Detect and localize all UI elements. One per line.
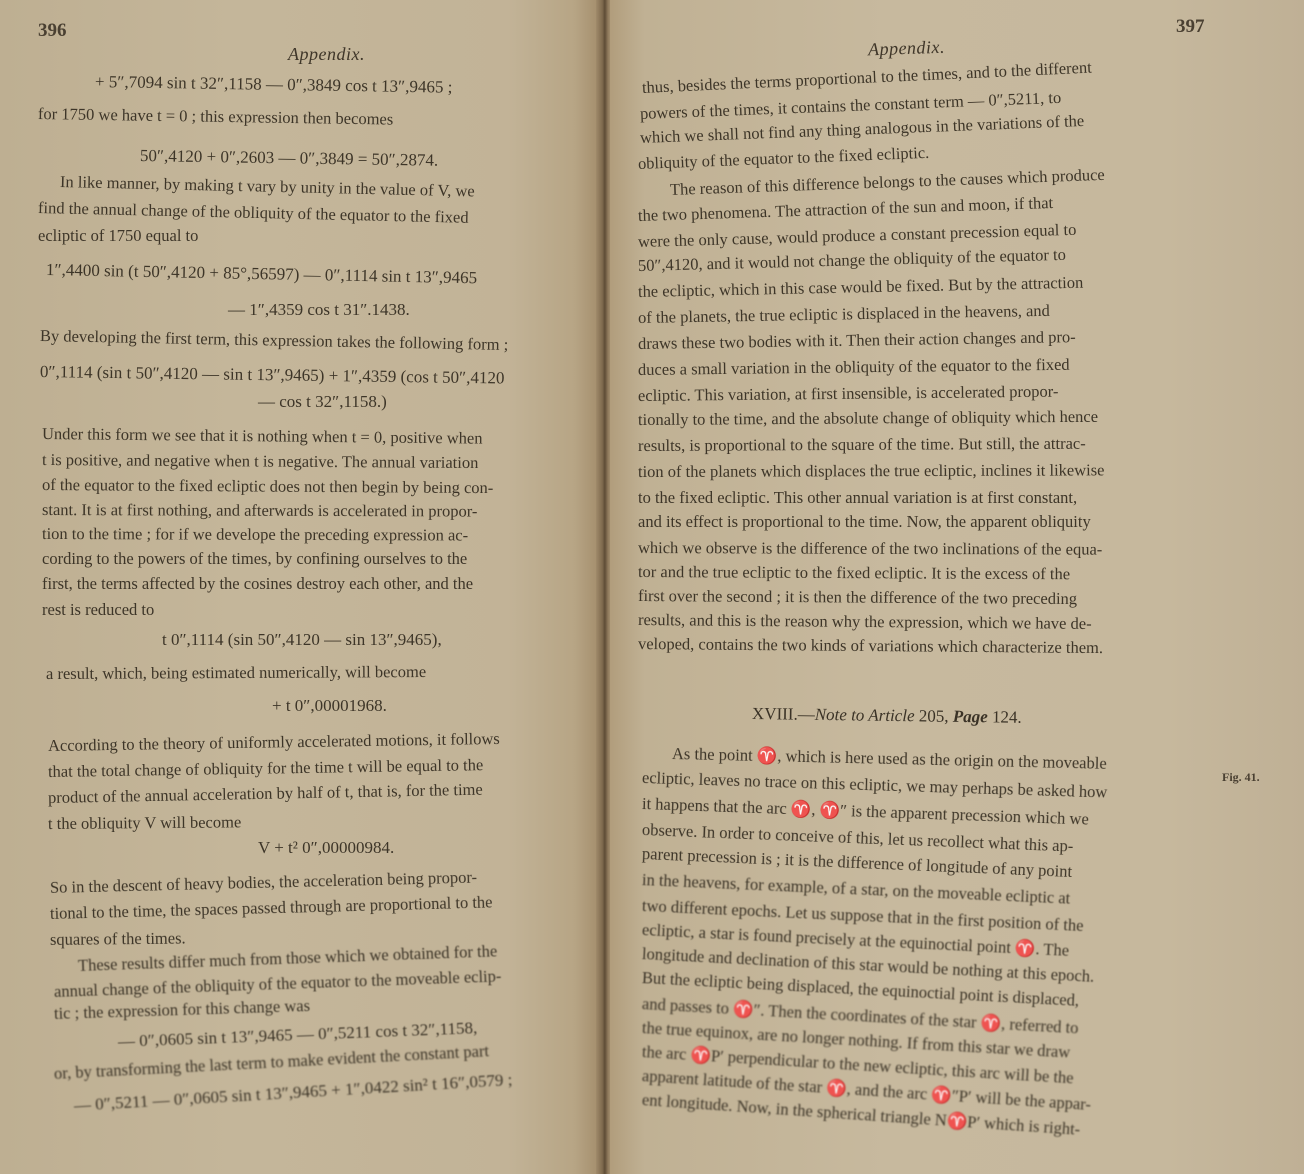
equation-line: + t 0″,00001968.	[272, 696, 387, 716]
text-line: find the annual change of the obliquity …	[38, 198, 469, 228]
text-line: stant. It is at first nothing, and after…	[42, 500, 477, 522]
text-line: results, is proportional to the square o…	[638, 434, 1086, 456]
running-head-right: Appendix.	[868, 37, 946, 61]
text-line: of the planets, the true ecliptic is dis…	[638, 301, 1050, 328]
text-line: which we observe is the difference of th…	[638, 538, 1102, 560]
text-line: cording to the powers of the times, by c…	[42, 549, 467, 569]
text-line: squares of the times.	[50, 929, 186, 950]
text-line: t the obliquity V will become	[48, 812, 241, 834]
equation-line: 1″,4400 sin (t 50″,4120 + 85°,56597) — 0…	[46, 260, 477, 288]
text-line: tional to the time, the spaces passed th…	[50, 892, 493, 924]
text-line: for 1750 we have t = 0 ; this expression…	[38, 104, 394, 130]
section-page-label: Page	[953, 707, 988, 726]
section-note-label: Note to Article	[815, 705, 919, 725]
text-line: rest is reduced to	[42, 600, 154, 620]
text-line: first, the terms affected by the cosines…	[42, 574, 473, 594]
text-line: In like manner, by making t vary by unit…	[60, 172, 475, 201]
text-line: tion to the time ; for if we develope th…	[42, 524, 468, 545]
text-line: the ecliptic, which in this case would b…	[638, 273, 1084, 302]
text-line: tion of the planets which displaces the …	[638, 460, 1105, 482]
text-line: first over the second ; it is then the d…	[638, 586, 1077, 609]
text-line: tionally to the time, and the absolute c…	[638, 407, 1098, 430]
text-line: a result, which, being estimated numeric…	[46, 662, 426, 684]
equation-line: — 1″,4359 cos t 31″.1438.	[228, 300, 410, 320]
equation-line: — cos t 32″,1158.)	[258, 392, 387, 412]
section-heading: XVIII.—Note to Article 205, Page 124.	[752, 704, 1022, 728]
text-line: Under this form we see that it is nothin…	[42, 424, 483, 449]
text-line: According to the theory of uniformly acc…	[48, 729, 500, 756]
text-line: ecliptic of 1750 equal to	[38, 226, 198, 246]
equation-line: + 5″,7094 sin t 32″,1158 — 0″,3849 cos t…	[95, 72, 453, 98]
text-line: tor and the true ecliptic to the fixed e…	[638, 562, 1070, 584]
text-line: and its effect is proportional to the ti…	[638, 512, 1091, 532]
equation-line: V + t² 0″,00000984.	[258, 838, 394, 858]
text-line: veloped, contains the two kinds of varia…	[638, 634, 1103, 658]
text-line: As the point ♈, which is here used as th…	[672, 744, 1107, 774]
text-line: of the equator to the fixed ecliptic doe…	[42, 475, 493, 498]
section-article-number: 205,	[919, 706, 953, 725]
figure-reference: Fig. 41.	[1222, 770, 1260, 785]
section-page-ref: 124.	[988, 707, 1022, 726]
text-line: product of the annual acceleration by ha…	[48, 780, 483, 808]
text-line: duces a small variation in the obliquity…	[638, 355, 1070, 380]
text-line: ecliptic. This variation, at first insen…	[638, 382, 1059, 406]
book-spread: 396 Appendix. + 5″,7094 sin t 32″,1158 —…	[0, 0, 1304, 1174]
section-numeral: XVIII.—	[752, 704, 815, 724]
equation-line: t 0″,1114 (sin 50″,4120 — sin 13″,9465),	[162, 630, 442, 650]
text-line: So in the descent of heavy bodies, the a…	[50, 868, 478, 898]
text-line: draws these two bodies with it. Then the…	[638, 327, 1076, 354]
equation-line: 50″,4120 + 0″,2603 — 0″,3849 = 50″,2874.	[140, 146, 439, 171]
text-line: obliquity of the equator to the fixed ec…	[638, 143, 930, 174]
text-line: By developing the first term, this expre…	[40, 326, 509, 355]
running-head-left: Appendix.	[288, 44, 365, 65]
text-line: t is positive, and negative when t is ne…	[42, 450, 479, 473]
text-line: results, and this is the reason why the …	[638, 610, 1092, 634]
left-page: 396 Appendix. + 5″,7094 sin t 32″,1158 —…	[0, 0, 598, 1174]
page-number-left: 396	[38, 20, 67, 42]
equation-line: 0″,1114 (sin t 50″,4120 — sin t 13″,9465…	[40, 362, 505, 388]
text-line: that the total change of obliquity for t…	[48, 755, 484, 782]
page-number-right: 397	[1176, 16, 1205, 38]
text-line: to the fixed ecliptic. This other annual…	[638, 488, 1077, 508]
right-page: 397 Appendix. thus, besides the terms pr…	[610, 0, 1304, 1174]
